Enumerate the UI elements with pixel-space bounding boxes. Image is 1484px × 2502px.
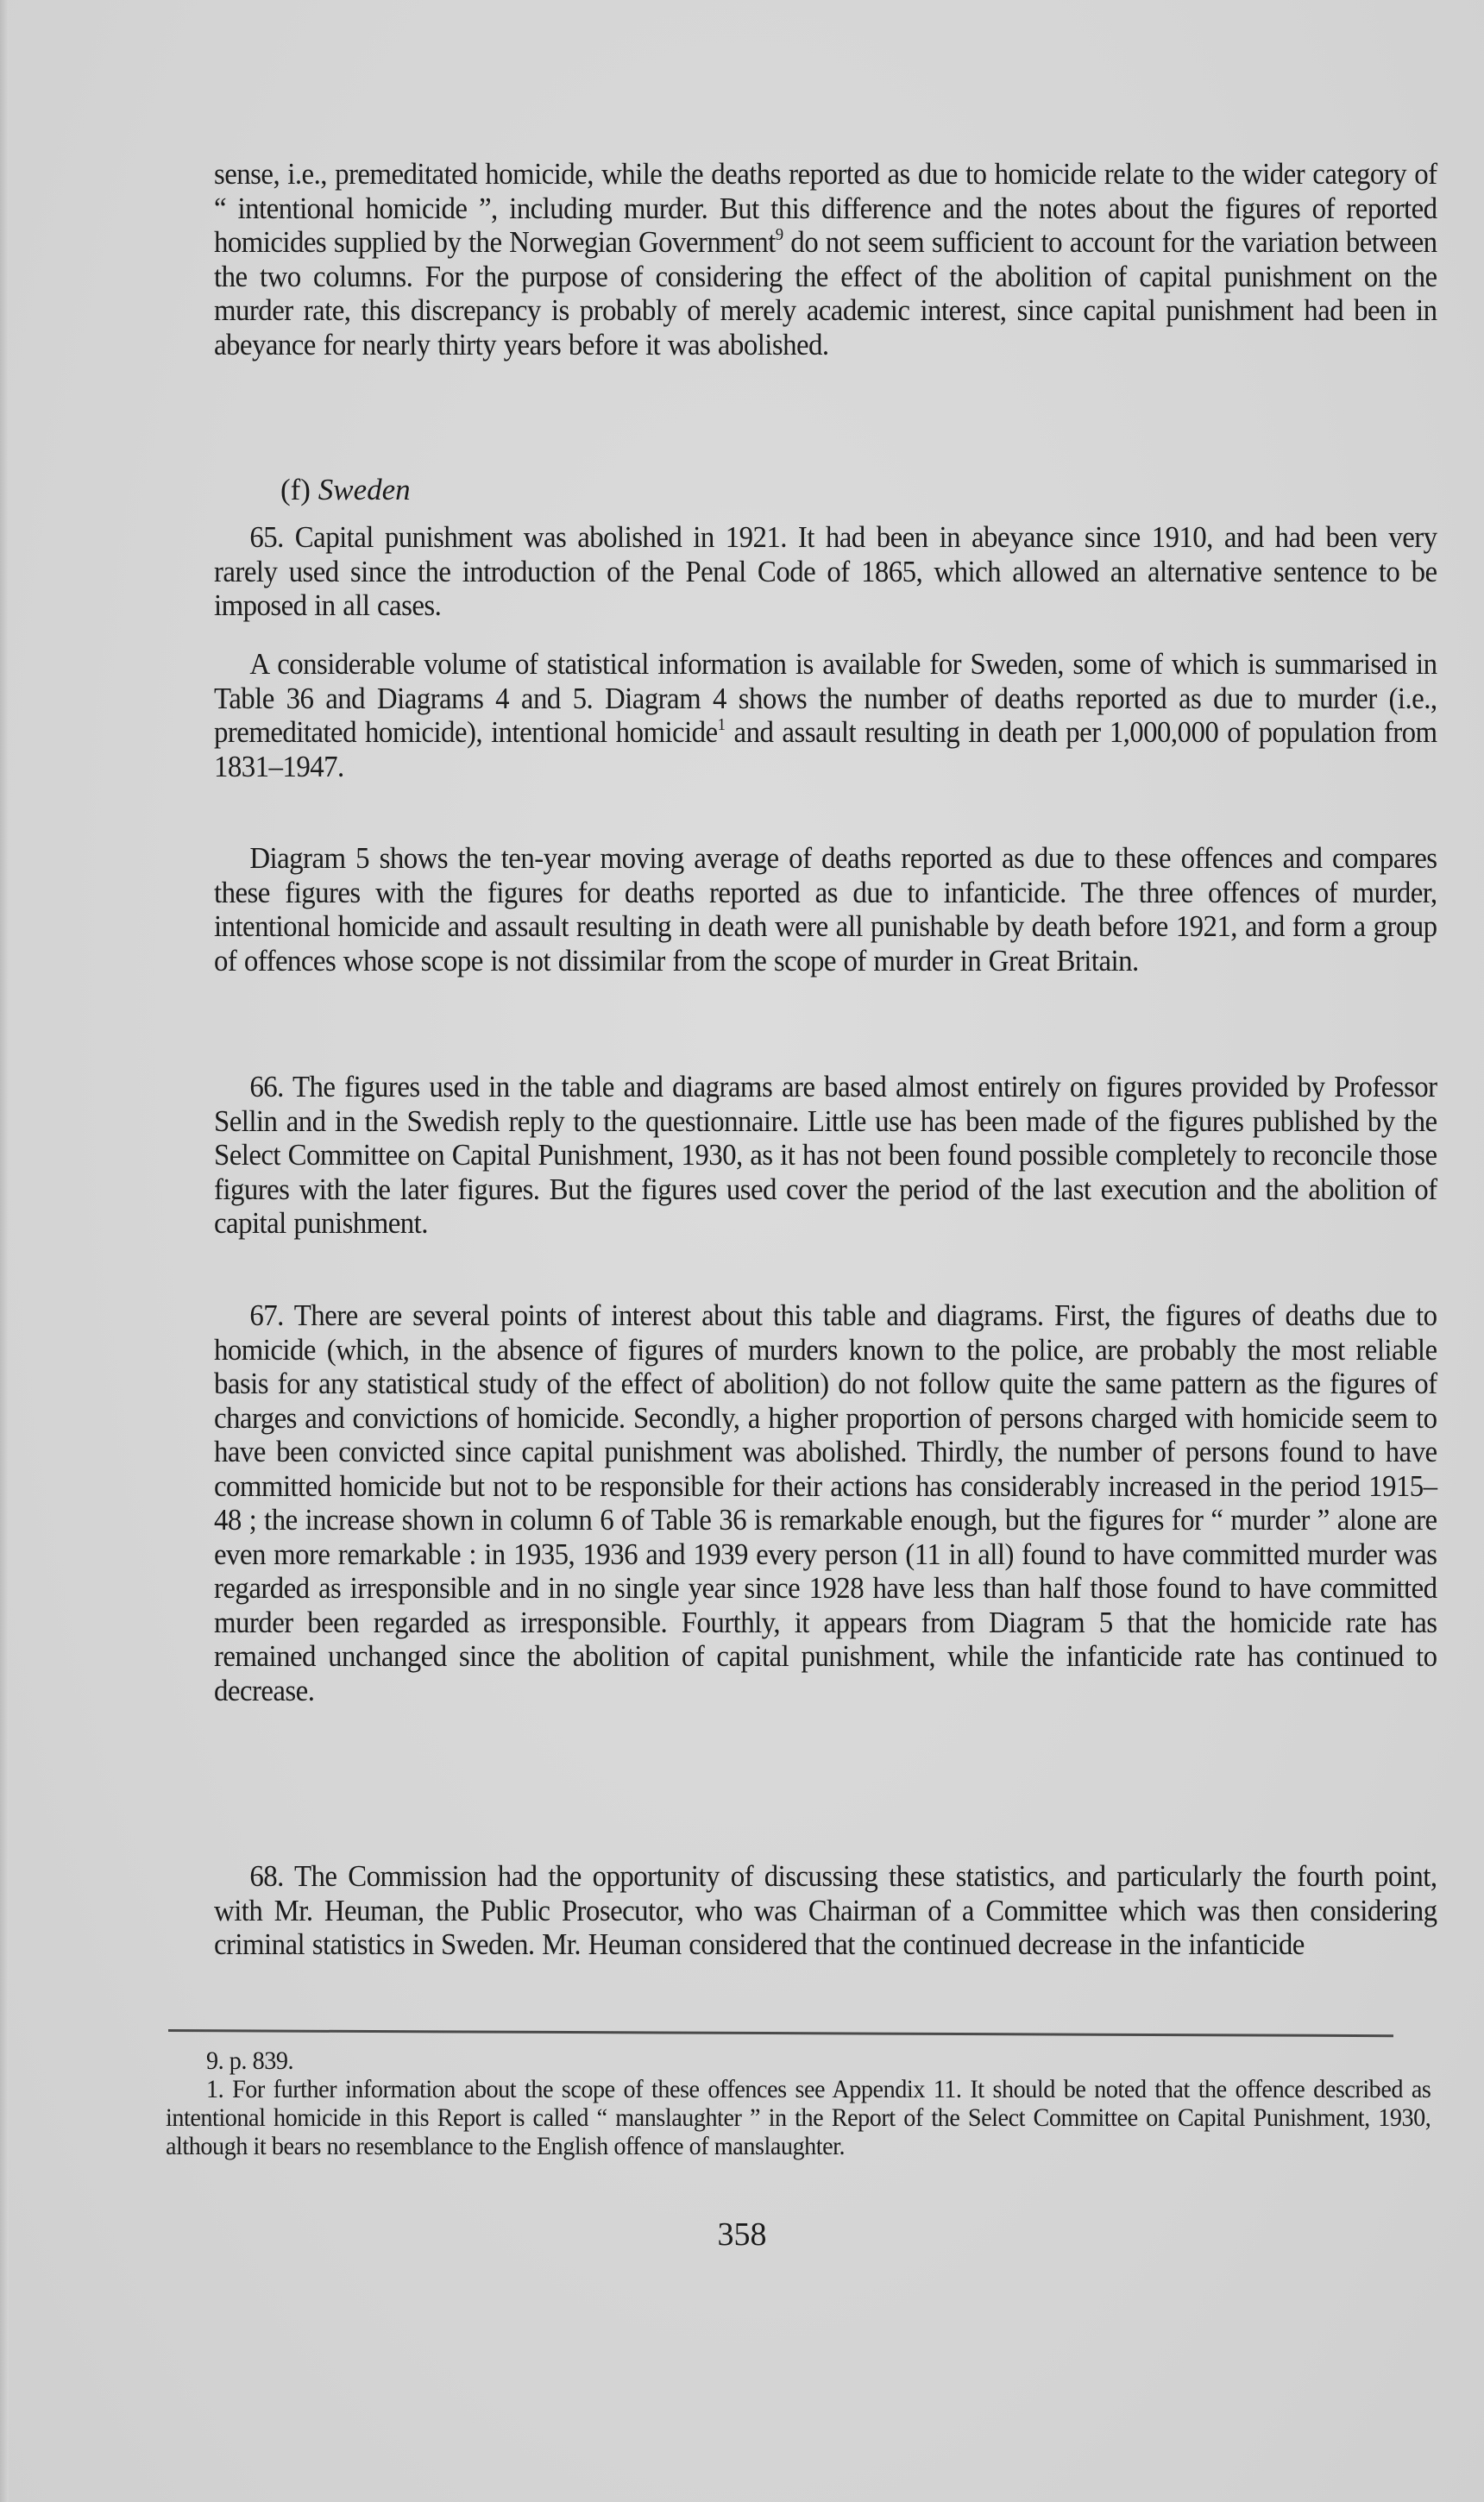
continuation-paragraph-block: sense, i.e., premeditated homicide, whil… xyxy=(214,157,1437,361)
paragraph-65b-block: A considerable volume of statistical inf… xyxy=(214,647,1437,783)
paragraph-number: 68. xyxy=(249,1859,283,1893)
footnote-ref-9[interactable]: 9 xyxy=(776,225,783,244)
paragraph-text: There are several points of interest abo… xyxy=(214,1298,1437,1707)
paragraph-67-block: 67. There are several points of interest… xyxy=(214,1298,1437,1707)
paragraph-text: The Commission had the opportunity of di… xyxy=(214,1859,1437,1961)
section-heading-prefix: (f) xyxy=(280,473,318,506)
footnote-text: p. 839. xyxy=(223,2046,293,2075)
paragraph-66-block: 66. The figures used in the table and di… xyxy=(214,1070,1437,1241)
page-edge-shadow xyxy=(0,0,9,2502)
footnote-9: 9. p. 839. xyxy=(166,2046,1431,2075)
paragraph-number: 66. xyxy=(249,1070,283,1103)
paragraph-text: Diagram 5 shows the ten-year moving aver… xyxy=(214,841,1437,978)
footnote-ref-1[interactable]: 1 xyxy=(718,715,726,734)
paragraph-diagram-5: Diagram 5 shows the ten-year moving aver… xyxy=(214,841,1437,978)
footnote-marker: 1. xyxy=(206,2075,223,2103)
section-heading: (f) Sweden xyxy=(280,473,411,507)
paragraph-number: 65. xyxy=(249,520,283,554)
paragraph-66: 66. The figures used in the table and di… xyxy=(214,1070,1437,1241)
footnote-marker: 9. xyxy=(206,2046,223,2075)
continuation-paragraph: sense, i.e., premeditated homicide, whil… xyxy=(214,157,1437,361)
footnote-text: For further information about the scope … xyxy=(166,2075,1431,2160)
footnote-1: 1. For further information about the sco… xyxy=(166,2075,1431,2160)
paragraph-text: Capital punishment was abolished in 1921… xyxy=(214,520,1437,622)
paragraph-65: 65. Capital punishment was abolished in … xyxy=(214,520,1437,623)
paragraph-65-continued: A considerable volume of statistical inf… xyxy=(214,647,1437,783)
paragraph-68-block: 68. The Commission had the opportunity o… xyxy=(214,1859,1437,1962)
paragraph-text: The figures used in the table and diagra… xyxy=(214,1070,1437,1240)
paragraph-65c-block: Diagram 5 shows the ten-year moving aver… xyxy=(214,841,1437,978)
paragraph-65-block: 65. Capital punishment was abolished in … xyxy=(214,520,1437,623)
footnotes: 9. p. 839. 1. For further information ab… xyxy=(166,2046,1431,2160)
section-heading-title: Sweden xyxy=(318,473,411,506)
paragraph-number: 67. xyxy=(249,1298,283,1332)
paragraph-67: 67. There are several points of interest… xyxy=(214,1298,1437,1707)
page-number: 358 xyxy=(0,2216,1484,2254)
paragraph-68: 68. The Commission had the opportunity o… xyxy=(214,1859,1437,1962)
